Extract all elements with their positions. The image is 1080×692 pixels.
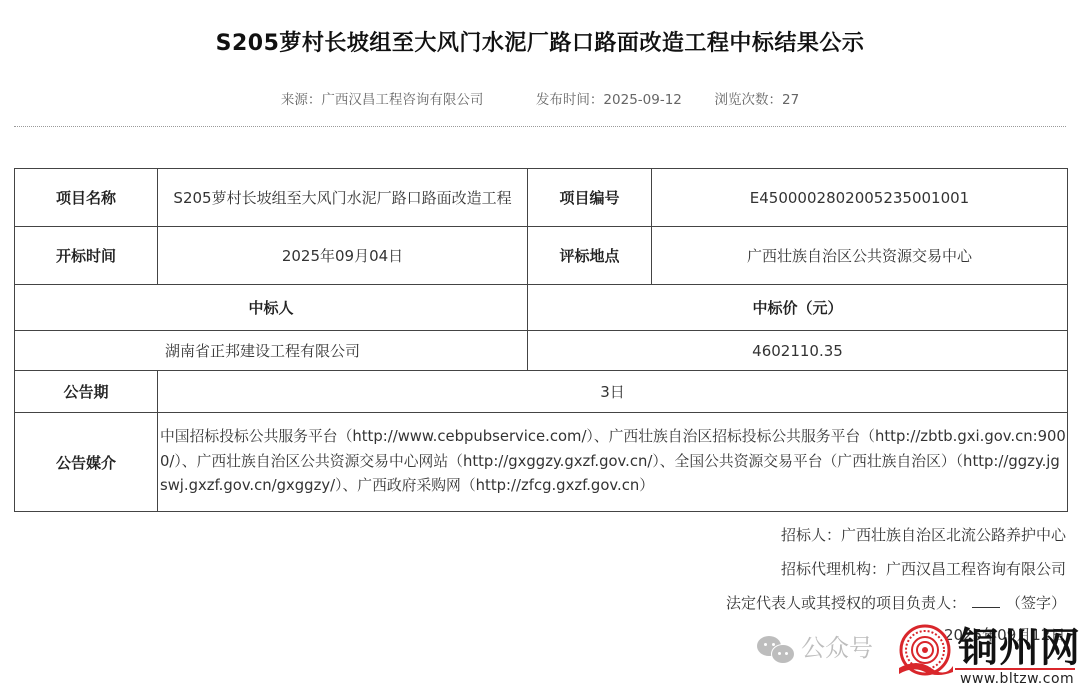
table-row: 公告媒介 中国招标投标公共服务平台（http://www.cebpubservi… [15,413,1068,512]
source-value: 广西汉昌工程咨询有限公司 [321,88,483,108]
bid-open-time-value: 2025年09月04日 [158,227,528,285]
signatory-prefix: 法定代表人或其授权的项目负责人： [726,594,966,612]
table-row: 开标时间 2025年09月04日 评标地点 广西壮族自治区公共资源交易中心 [15,227,1068,285]
site-logo-text: 铜州网 [958,626,1080,670]
views-value: 27 [782,92,799,108]
media-value: 中国招标投标公共服务平台（http://www.cebpubservice.co… [158,413,1068,512]
article-title: S205萝村长坡组至大风门水泥厂路口路面改造工程中标结果公示 [0,26,1080,57]
wechat-watermark: 公众号 [757,628,873,664]
article-meta: 来源：广西汉昌工程咨询有限公司 发布时间：2025-09-12 浏览次数：27 [0,88,1080,108]
bid-open-time-label: 开标时间 [15,227,158,285]
table-row: 公告期 3日 [15,371,1068,413]
table-row: 湖南省正邦建设工程有限公司 4602110.35 [15,331,1068,371]
views-label: 浏览次数： [714,88,782,108]
signature-blank [972,593,1000,608]
site-seal-logo-icon [897,624,953,680]
site-logo-url: www.bltzw.com [960,671,1074,687]
publish-time-label: 发布时间： [536,88,604,108]
winner-value: 湖南省正邦建设工程有限公司 [15,331,528,371]
project-name-value: S205萝村长坡组至大风门水泥厂路口路面改造工程 [158,169,528,227]
signatory-suffix: （签字） [1006,594,1066,612]
tenderer-line: 招标人：广西壮族自治区北流公路养护中心 [781,524,1066,545]
price-header: 中标价（元） [528,285,1068,331]
media-label: 公告媒介 [15,413,158,512]
project-code-label: 项目编号 [528,169,652,227]
agency-line: 招标代理机构：广西汉昌工程咨询有限公司 [781,558,1066,579]
table-row: 项目名称 S205萝村长坡组至大风门水泥厂路口路面改造工程 项目编号 E4500… [15,169,1068,227]
winner-header: 中标人 [15,285,528,331]
source-label: 来源： [281,88,322,108]
wechat-icon [757,634,795,664]
table-row: 中标人 中标价（元） [15,285,1068,331]
publish-time-value: 2025-09-12 [603,92,681,108]
evaluation-location-value: 广西壮族自治区公共资源交易中心 [652,227,1068,285]
notice-period-label: 公告期 [15,371,158,413]
project-code-value: E4500002802005235001001 [652,169,1068,227]
evaluation-location-label: 评标地点 [528,227,652,285]
bid-result-table: 项目名称 S205萝村长坡组至大风门水泥厂路口路面改造工程 项目编号 E4500… [14,168,1068,512]
signatory-line: 法定代表人或其授权的项目负责人：（签字） [726,592,1066,613]
header-divider [14,126,1066,127]
wechat-watermark-text: 公众号 [801,634,873,662]
site-logo-rule [955,668,1075,670]
price-value: 4602110.35 [528,331,1068,371]
notice-period-value: 3日 [158,371,1068,413]
project-name-label: 项目名称 [15,169,158,227]
